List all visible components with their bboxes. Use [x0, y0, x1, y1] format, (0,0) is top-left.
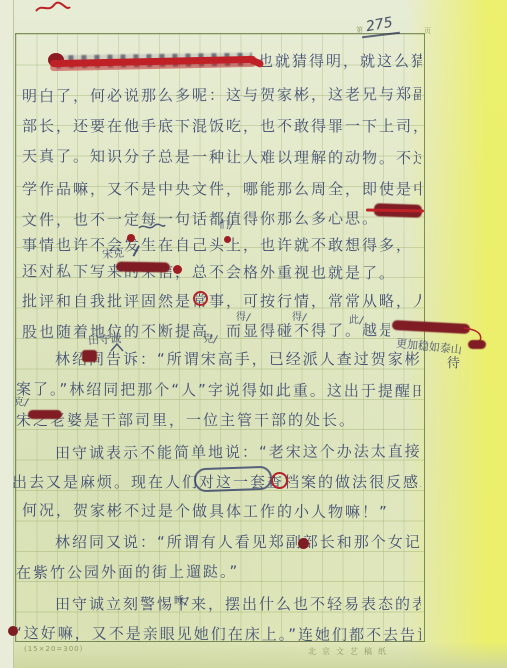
manuscript-line-11: 林绍同告诉：“所谓宋高手，已经派人查过贺家彬的档 [55, 350, 421, 368]
insertion-char-ke-1: 克 [203, 330, 223, 345]
page-label-suffix: 页 [424, 26, 432, 36]
page-label-prefix: 第 [356, 25, 364, 35]
circled-phrase-loop [194, 466, 273, 493]
manuscript-line-6: 文件，也不一定每一句话都值得你那么多心思。 [22, 209, 372, 229]
insertion-song-ke: 宋克 [101, 244, 124, 262]
manuscript-line-19: 田守诚立刻警惕下来，摆出什么也不轻易表态的表情： [55, 595, 421, 613]
manuscript-photo: 第 275 页 也就猜得明，就这么猜下去 明白了，何必说那么多呢：这与贺家彬，这… [0, 0, 507, 668]
insertion-char-ke-2: 克 [14, 393, 34, 408]
footer-paper-brand: 北京文艺稿纸 [308, 646, 392, 657]
manuscript-line-20: “这好嘛，又不是亲眼见她们在床上。”连她们都不去告诉 [14, 624, 421, 644]
red-circle-line9 [193, 291, 208, 306]
manuscript-line-16: 何况，贺家彬不过是个做具体工作的小人物嘛！” [22, 501, 389, 521]
manuscript-line-5: 学作品嘛，又不是中央文件，哪能那么周全，即使是中央 [22, 180, 421, 198]
manuscript-line-7: 事情也许不会发生在自己头上，也许就不敢想得多， [22, 236, 413, 254]
deletion-blob-line8 [116, 262, 170, 273]
insertion-char-men: 们 [219, 216, 239, 231]
insertion-char-de-2: 得 [292, 308, 312, 323]
manuscript-line-13: 宋之老婆是干部司里，一位主管干部的处长。 [16, 411, 356, 429]
margin-note-red-blob [468, 340, 486, 349]
insertion-char-de-1: 得 [236, 308, 256, 323]
red-dot-line20 [8, 626, 18, 636]
manuscript-line-8: 还对私下写来的来信，总不会格外重视也就是了。 [22, 262, 396, 282]
insertion-squiggle [138, 222, 166, 232]
insertion-char-ci: 此 [349, 311, 369, 326]
red-circle-line15 [271, 472, 288, 489]
manuscript-line-3: 部长，还要在他手底下混饭吃，也不敢得罪一下上司，太 [22, 117, 421, 135]
manuscript-line-1: 也就猜得明，就这么猜下去 [258, 52, 422, 70]
red-dot-line17 [298, 538, 309, 549]
page-left-edge [0, 0, 14, 668]
manuscript-line-17: 林绍同又说：“所谓有人看见郑副部长和那个女记者 [55, 533, 421, 551]
red-dot-line7-b [224, 236, 231, 243]
manuscript-line-2: 明白了，何必说那么多呢：这与贺家彬，这老兄与郑副 [22, 85, 421, 105]
manuscript-line-9: 批评和自我批评固然是常事，可按行情，常常从略，人的屁 [22, 292, 421, 310]
insertion-char-shui: 睡 [174, 592, 194, 607]
manuscript-line-18: 在紫竹公园外面的街上遛跶。” [16, 562, 239, 581]
margin-note-char-dai: 待 [447, 352, 460, 371]
deletion-blob-line13 [28, 410, 62, 419]
insertion-caret [110, 343, 124, 352]
manuscript-line-12: 案了。”林绍同把那个“人”字说得如此重。这出于提醒田守诚， [16, 380, 421, 400]
red-scribble-mark [34, 1, 72, 16]
footer-grid-spec: (15×20=300) [24, 645, 83, 653]
manuscript-line-14: 田守诚表示不能简单地说：“老宋这个办法太直接了，传 [55, 442, 421, 462]
red-dot-line8 [173, 265, 182, 274]
red-dot-line7-a [127, 234, 135, 242]
manuscript-line-4: 天真了。知识分子总是一种让人难以理解的动物。不过，文 [22, 147, 421, 167]
deletion-blob-line11 [82, 350, 97, 362]
